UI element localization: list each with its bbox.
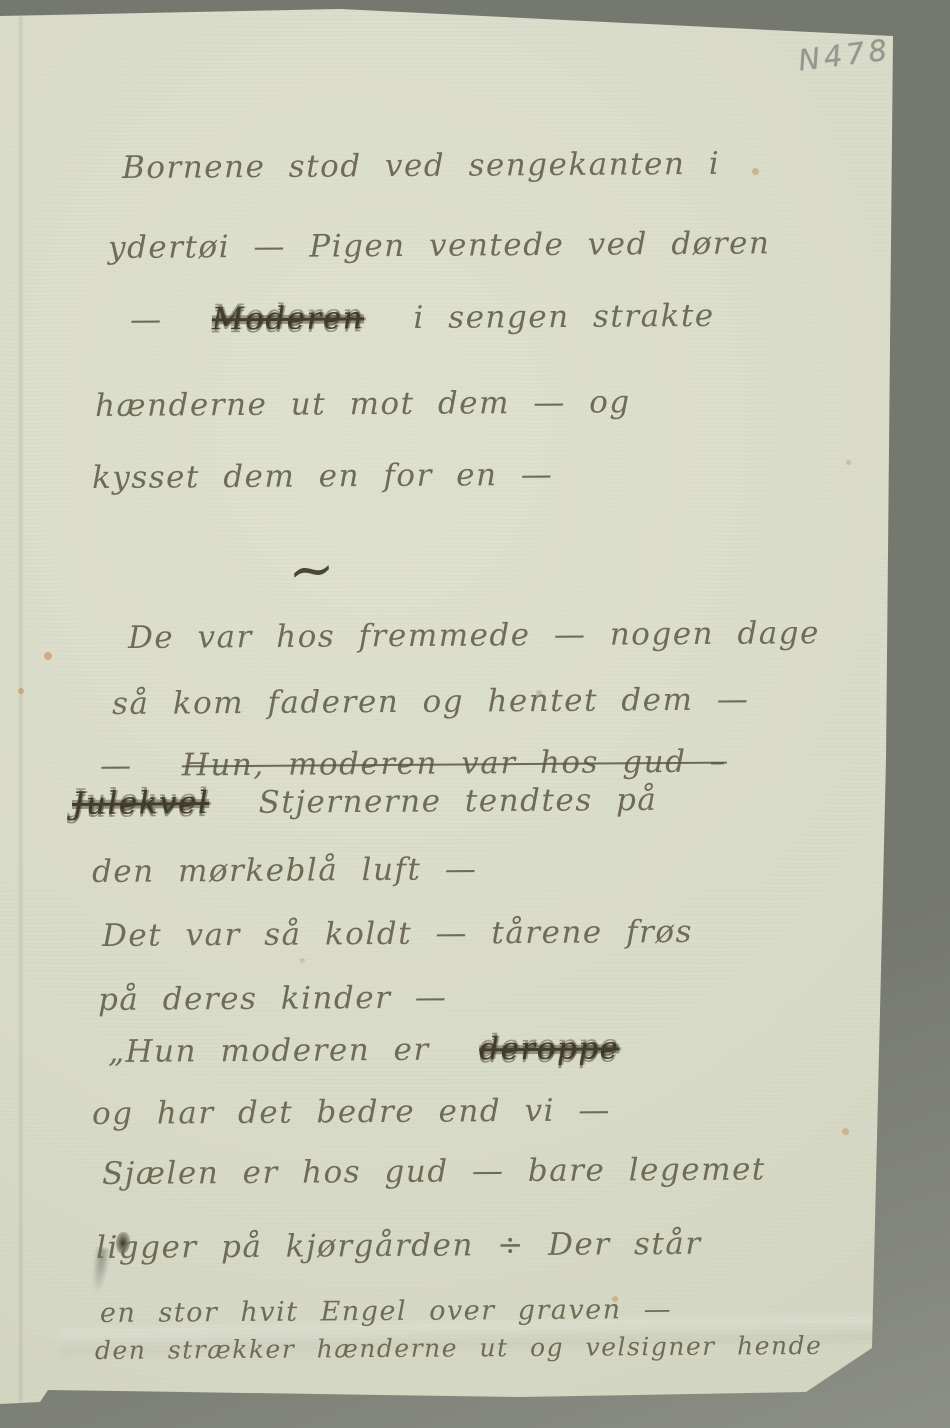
manuscript-line-13: „Hun moderen er deroppe xyxy=(108,1030,620,1070)
dash-mark: — xyxy=(100,748,133,784)
foxing-spot xyxy=(300,958,305,963)
foxing-spot xyxy=(44,652,52,660)
section-divider: ~ xyxy=(285,536,338,606)
manuscript-line-12: på deres kinder — xyxy=(98,980,448,1018)
manuscript-line-11: Det var så koldt — tårene frøs xyxy=(102,914,693,954)
manuscript-line-16: ligger på kjørgården ÷ Der står xyxy=(96,1226,702,1266)
archive-number: N478 xyxy=(796,32,892,77)
photo-backdrop: N478 Bornene stod ved sengekanten i yder… xyxy=(0,0,950,1428)
foxing-spot xyxy=(846,460,851,465)
line-text: Stjernerne tendtes på xyxy=(258,782,657,821)
overwritten-word: Julekvel xyxy=(72,785,209,822)
fold-crease xyxy=(19,16,23,1402)
crossed-out-word: Moderen xyxy=(212,300,364,337)
foxing-spot xyxy=(752,168,759,175)
manuscript-line-6: De var hos fremmede — nogen dage xyxy=(128,615,820,656)
manuscript-line-5: kysset dem en for en — xyxy=(92,457,554,496)
manuscript-line-3: — Moderen i sengen strakte xyxy=(130,298,715,338)
dash-mark: — xyxy=(130,302,163,338)
manuscript-page: N478 Bornene stod ved sengekanten i yder… xyxy=(0,0,950,1428)
line-text: „Hun moderen er xyxy=(108,1032,430,1070)
foxing-spot xyxy=(842,1128,849,1135)
overwritten-word: deroppe xyxy=(479,1030,619,1067)
manuscript-line-15: Sjælen er hos gud — bare legemet xyxy=(102,1151,766,1192)
manuscript-line-18: den strækker hænderne ut og velsigner he… xyxy=(95,1331,823,1365)
manuscript-line-2: ydertøi — Pigen ventede ved døren xyxy=(108,225,771,266)
manuscript-line-1: Bornene stod ved sengekanten i xyxy=(122,146,720,186)
manuscript-line-9: Julekvel Stjernerne tendtes på xyxy=(72,782,658,822)
manuscript-line-10: den mørkeblå luft — xyxy=(92,851,478,890)
manuscript-line-4: hænderne ut mot dem — og xyxy=(95,384,631,424)
crossed-out-phrase: Hun, moderen var hos gud – xyxy=(182,744,727,784)
manuscript-line-17: en stor hvit Engel over graven — xyxy=(100,1294,672,1329)
manuscript-line-7: så kom faderen og hentet dem — xyxy=(112,682,750,722)
line-text: i sengen strakte xyxy=(413,298,715,336)
manuscript-line-14: og har det bedre end vi — xyxy=(92,1092,611,1132)
manuscript-line-8: — Hun, moderen var hos gud – xyxy=(100,744,727,784)
